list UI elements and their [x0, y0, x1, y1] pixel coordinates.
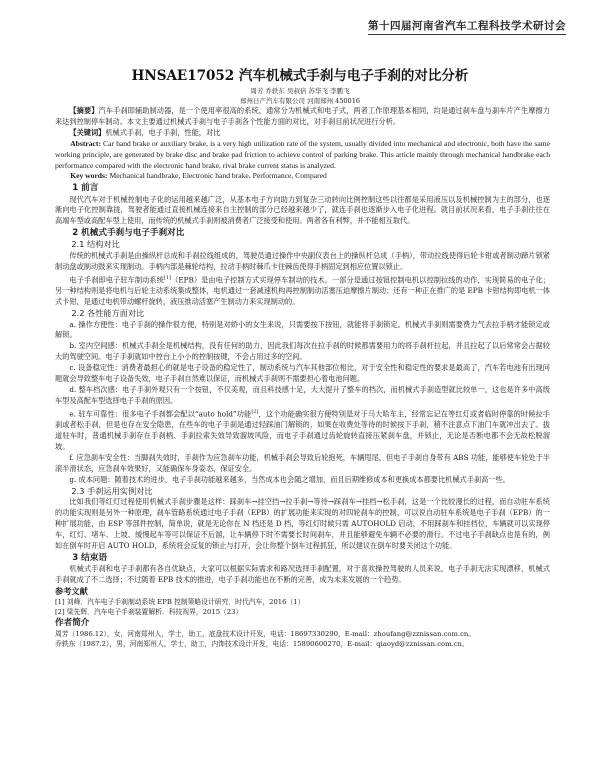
section-2-1-heading: 2.1 结构对比 — [55, 239, 550, 251]
paper-affiliation: 郑州日产汽车有限公司 河南郑州 450016 — [0, 96, 600, 105]
abstract-cn: 【摘要】汽车手刹即辅助制动器，是一个使用率很高的系统，通常分为机械式和电子式，两… — [55, 106, 550, 128]
section-2-1-paragraph-1: 传统的机械式手刹是由操纵杆总成和手刹拉线组成的，驾驶员通过操作中央副仪表台上的操… — [55, 251, 550, 273]
reference-item: [1] 刘峰．汽车电子手刹制动系统 EPB 控制策略设计研究．时代汽车，2016… — [55, 597, 550, 607]
section-2-3-heading: 2.3 手刹运用实例对比 — [55, 486, 550, 498]
keywords-cn-text: 机械式手刹，电子手刹，性能，对比 — [105, 128, 220, 137]
keywords-en-label: Key words: — [70, 171, 107, 180]
item-f-emergency: f. 应急刹车安全性：当脚刹失效时，手刹作为应急刹车功能，机械手刹会导致后轮抱死… — [55, 453, 550, 475]
references-title: 参考文献 — [55, 586, 550, 597]
keywords-cn: 【关键词】机械式手刹，电子手刹，性能，对比 — [55, 128, 550, 139]
item-a-operation: a. 操作方便性：电子手刹的操作很方便，特别是对娇小的女生来说，只需要按下按钮，… — [55, 320, 550, 342]
item-e-text-pre: e. 驻车可靠性：很多电子手刹都会配以“auto hold”功能 — [69, 409, 251, 418]
author-bio-title: 作者简介 — [55, 617, 550, 629]
item-c-stability: c. 设备稳定性：消费者最担心的就是电子设备的稳定性了，制动系统与汽车其他部位相… — [55, 363, 550, 385]
item-d-grade: d. 整车档次感：电子手刹外观只有一个按钮，不仅美观，而且科技感十足，大大提升了… — [55, 385, 550, 407]
author-bio-item: 乔轶东（1987.2），男，河南郑州人，学士，助工，内饰技术设计开发，电话：15… — [55, 639, 550, 649]
paper-title: HNSAE17052 汽车机械式手刹与电子手刹的对比分析 — [0, 64, 600, 84]
keywords-en-text: Mechanical handbrake, Electronic hand br… — [109, 171, 326, 180]
section-1-paragraph: 现代汽车对于机械控制电子化的运用越来越广泛，从基本电子方向助力到复杂三动转向比例… — [55, 195, 550, 228]
item-g-cost: g. 成本问题：随着技术的进步，电子手刹功能越来越多，当然成本也会随之增加，而且… — [55, 475, 550, 486]
section-2-2-heading: 2.2 各性能方面对比 — [55, 308, 550, 320]
keywords-en: Key words: Mechanical handbrake, Electro… — [55, 171, 550, 182]
paper-authors: 周芳 乔轶东 吴叔倍 苏华飞 李鹏飞 — [0, 86, 600, 95]
abstract-cn-label: 【摘要】 — [69, 106, 98, 115]
item-b-space: b. 室内空间感：机械式手刹全是机械结构，没有任何的助力，因此我们每次在拉手刹的… — [55, 341, 550, 363]
paper-body: 【摘要】汽车手刹即辅助制动器，是一个使用率很高的系统，通常分为机械式和电子式，两… — [55, 106, 550, 650]
abstract-en: Abstract: Car hand brake or auxiliary br… — [55, 139, 550, 172]
reference-item: [2] 梁先辉．汽车电子手刹装置解析．科技视界，2015（23） — [55, 607, 550, 617]
abstract-cn-text: 汽车手刹即辅助制动器，是一个使用率很高的系统，通常分为机械式和电子式，两者工作原… — [55, 106, 550, 126]
abstract-en-label: Abstract: — [70, 139, 101, 148]
epb-intro-text: 电子手刹即电子驻车制动系统 — [69, 275, 164, 284]
section-2-1-paragraph-2: 电子手刹即电子驻车制动系统[1]（EPB）是由电子控制方式实现停车制动的技术。一… — [55, 273, 550, 308]
section-3-paragraph: 机械式手刹和电子手刹都有各自优缺点，大家可以根据实际需求和路况选择手刹配置，对于… — [55, 564, 550, 586]
section-2-heading: 2 机械式手刹与电子手刹对比 — [55, 227, 550, 239]
section-3-heading: 3 结束语 — [55, 552, 550, 564]
conference-running-header: 第十四届河南省汽车工程科技学术研讨会 — [368, 18, 566, 35]
author-bio-item: 周芳（1986.12），女，河南郑州人，学士，助工，底盘技术设计开发，电话：18… — [55, 629, 550, 639]
citation-ref-1: [1] — [164, 275, 171, 281]
section-2-3-paragraph: 比如我们等红灯过程使用机械式手刹步骤是这样：踩刹车→挂空挡→拉手刹→等待→踩刹车… — [55, 497, 550, 552]
item-e-reliability: e. 驻车可靠性：很多电子手刹都会配以“auto hold”功能[2]，这个功能… — [55, 407, 550, 453]
paper-page: 第十四届河南省汽车工程科技学术研讨会 HNSAE17052 汽车机械式手刹与电子… — [0, 0, 600, 760]
abstract-en-text: Car hand brake or auxiliary brake, is a … — [55, 139, 550, 170]
keywords-cn-label: 【关键词】 — [69, 128, 105, 137]
section-1-heading: 1 前言 — [55, 182, 550, 194]
